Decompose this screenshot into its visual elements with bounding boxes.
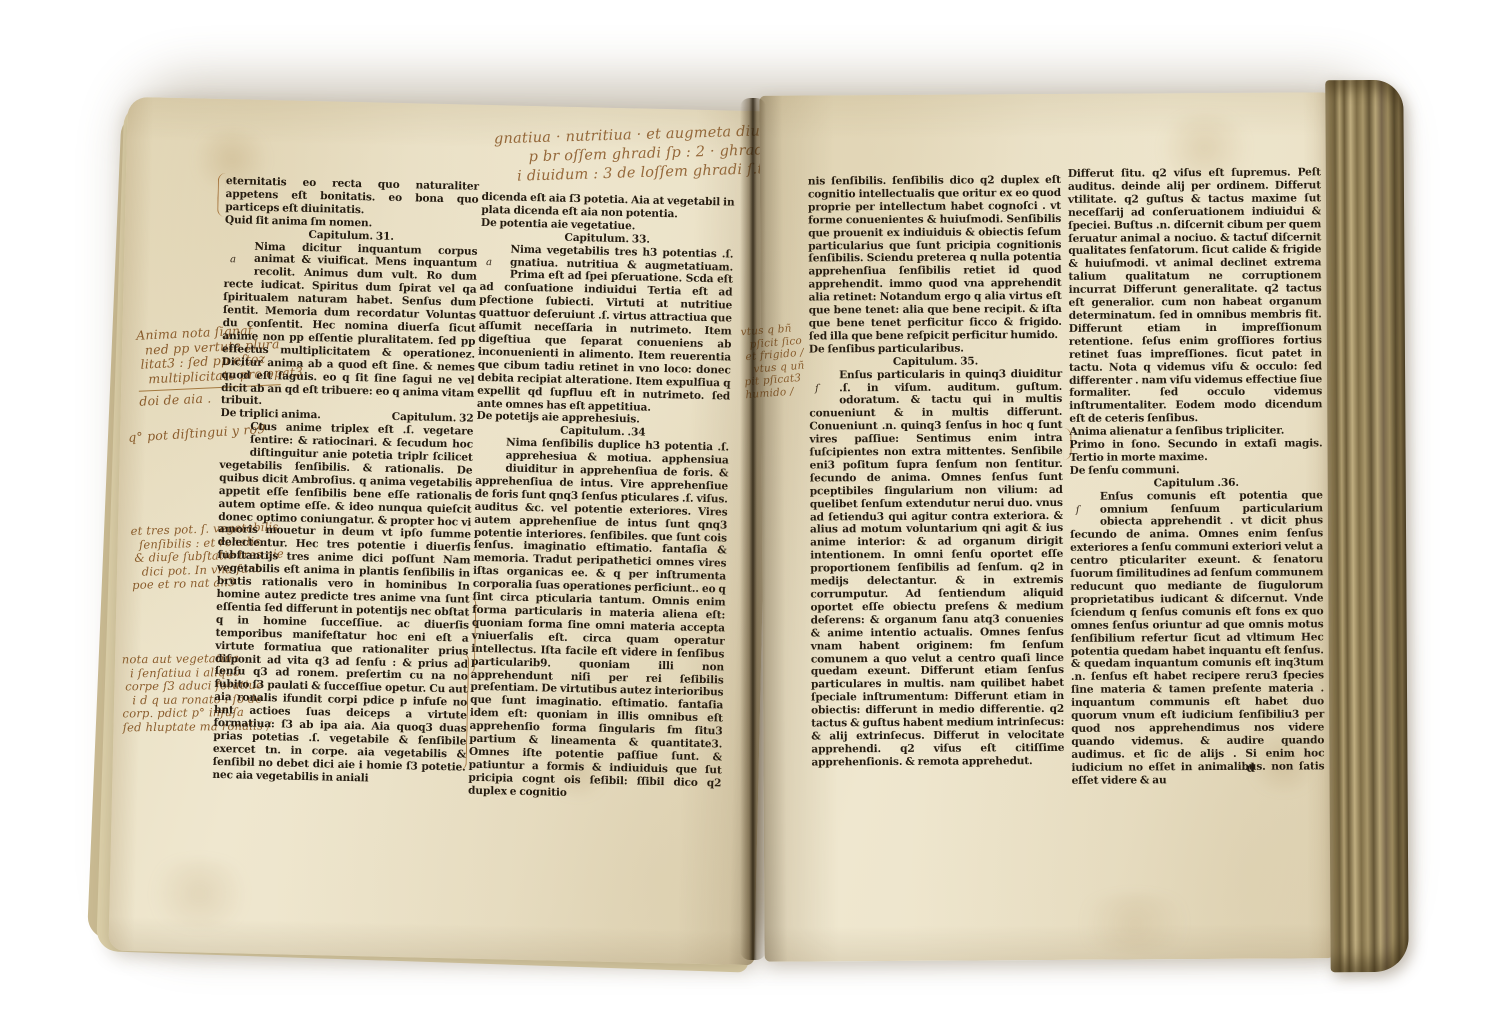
signature-mark: d [1246,761,1254,775]
initial-space [224,240,255,279]
initial-space [1070,490,1100,528]
printed-block-body: nis ſenſibilis. ſenſibilis dico q2 duple… [808,174,1062,343]
fore-edge-page-stack [1325,80,1408,972]
printed-block-body: ſEnſus particularis in quinq3 diuiditur … [809,368,1064,770]
text-column-right-1: nis ſenſibilis. ſenſibilis dico q2 duple… [808,174,1065,769]
foxing-stain [139,857,261,930]
printed-block-body: Ctus anime triplex eſt .ſ. vegetare ſent… [212,420,473,787]
right-page: vtus q bñpſicit ſicoet frigido /vtus q u… [759,92,1336,961]
initial-space [475,436,506,475]
open-book: gnatiua · nutritiua · et augmeta diuap b… [100,10,1410,970]
printed-block-body: Primo in ſono. Secundo in extaſi magis. … [1069,437,1322,464]
guide-letter: ſ [815,383,819,396]
printed-block-body: Differut ſitu. q2 viſus eſt ſupremus. Pe… [1068,166,1323,426]
initial-space [480,242,511,281]
head-margin-annotation: gnatiua · nutritiua · et augmeta diuap b… [494,122,770,187]
initial-space [220,420,251,459]
printed-block-body: ſEnſus comunis eſt potentia que omnium ſ… [1070,489,1325,787]
text-column-right-2: Differut ſitu. q2 viſus eſt ſupremus. Pe… [1068,166,1325,787]
foxing-stain [1064,893,1204,954]
guide-letter: a [486,257,492,270]
book-gutter [740,98,766,960]
text-column-left-2: dicenda eſt aia ſ3 potetia. Aia at veget… [468,191,735,803]
guide-letter: ſ [1076,504,1080,517]
photograph-background: { "photo": { "background_color": "#fffff… [0,0,1500,1031]
printed-block-body: eternitatis eo recta quo naturaliter app… [225,175,479,219]
left-page: gnatiua · nutritiua · et augmeta diuap b… [108,97,773,965]
guide-letter: a [230,254,236,267]
text-column-left-1: eternitatis eo recta quo naturaliter app… [212,175,479,787]
printed-block-body: aNima dicitur inquantum corpus animat & … [221,240,478,413]
printed-block-body: aNima vegetabilis tres h3 potentias .ſ. … [477,242,734,415]
printed-block-body: Nima ſenſibilis duplice h3 potentia .ſ. … [468,436,729,803]
initial-space [809,369,839,407]
